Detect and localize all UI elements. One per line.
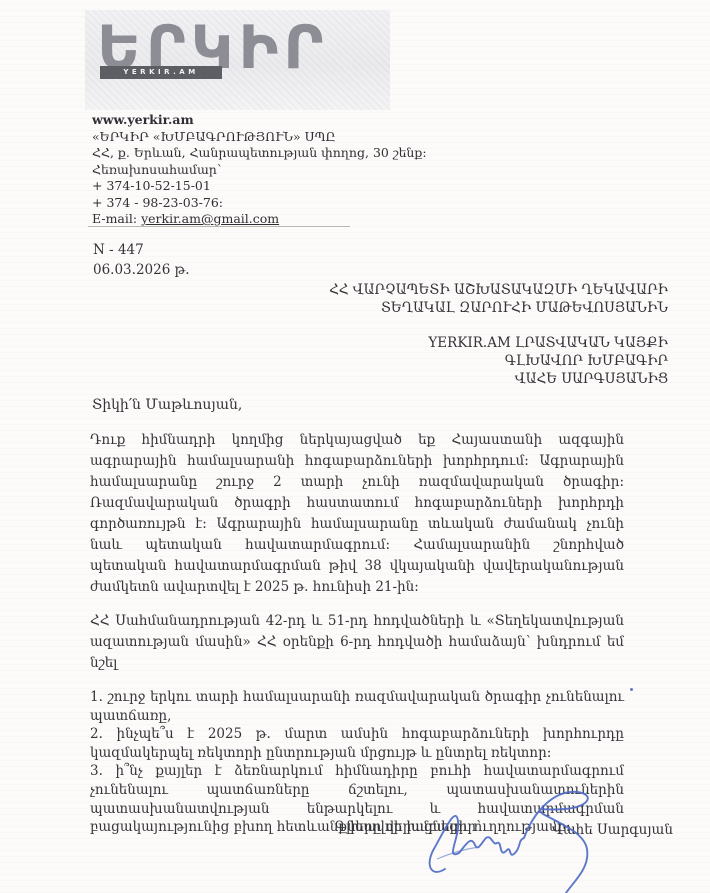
website-url: www.yerkir.am — [92, 112, 427, 129]
ink-speck — [630, 688, 633, 691]
salutation: Տիկի՛ն Մաթևոսյան, — [92, 397, 242, 413]
sender-line: ԳԼԽԱՎՈՐ ԽՄԲԱԳԻՐ — [329, 352, 668, 370]
yerkir-logo: ԵՐԿԻՐ YERKIR.AM — [85, 10, 390, 110]
phone-label: Հեռախոսահամար՝ — [92, 162, 427, 179]
request-item: 2. ինչպե՞ս է 2025 թ. մարտ ամսին հոգաբարձ… — [90, 725, 624, 762]
yerkir-logo-domain-bar: YERKIR.AM — [100, 66, 222, 79]
company-name: «ԵՐԿԻՐ «ԽՄԲԱԳՐՈՒԹՅՈՒՆ» ՍՊԸ — [92, 129, 427, 146]
email-label: E-mail: — [92, 211, 137, 226]
phone-number-2: + 374 - 98-23-03-76: — [92, 195, 427, 212]
sender-line: YERKIR.AM ԼՐԱՏՎԱԿԱՆ ԿԱՅՔԻ — [329, 334, 668, 352]
letterhead-divider-line — [88, 226, 350, 227]
body-paragraph-2: ՀՀ Սահմանադրության 42-րդ և 51-րդ հոդվածն… — [90, 611, 624, 674]
reference-number: N - 447 — [93, 241, 190, 261]
letterhead-contact-block: www.yerkir.am «ԵՐԿԻՐ «ԽՄԲԱԳՐՈՒԹՅՈՒՆ» ՍՊԸ… — [92, 112, 427, 228]
company-address: ՀՀ, ք. Երևան, Հանրապետության փողոց, 30 շ… — [92, 145, 427, 162]
scanned-letter-page: ԵՐԿԻՐ YERKIR.AM www.yerkir.am «ԵՐԿԻՐ «ԽՄ… — [0, 0, 710, 893]
addressee-block: ՀՀ ՎԱՐՉԱՊԵՏԻ ԱՇԽԱՏԱԿԱԶՄԻ ՂԵԿԱՎԱՐԻ ՏԵՂԱԿԱ… — [329, 281, 668, 388]
addressee-sender: YERKIR.AM ԼՐԱՏՎԱԿԱՆ ԿԱՅՔԻ ԳԼԽԱՎՈՐ ԽՄԲԱԳԻ… — [329, 334, 668, 388]
addressee-line: ՀՀ ՎԱՐՉԱՊԵՏԻ ԱՇԽԱՏԱԿԱԶՄԻ ՂԵԿԱՎԱՐԻ — [329, 281, 668, 299]
request-item: 1. շուրջ երկու տարի համալսարանի ռազմավար… — [90, 688, 624, 725]
handwritten-signature — [393, 781, 611, 893]
reference-block: N - 447 06.03.2026 թ. — [93, 241, 190, 280]
addressee-line: ՏԵՂԱԿԱԼ ԶԱՐՈՒՀԻ ՄԱԹԵՎՈՍՅԱՆԻՆ — [329, 299, 668, 317]
addressee-recipient: ՀՀ ՎԱՐՉԱՊԵՏԻ ԱՇԽԱՏԱԿԱԶՄԻ ՂԵԿԱՎԱՐԻ ՏԵՂԱԿԱ… — [329, 281, 668, 317]
email-address: yerkir.am@gmail.com — [141, 211, 279, 226]
sender-line: ՎԱՀԵ ՍԱՐԳՍՅԱՆԻՑ — [329, 370, 668, 388]
letter-body: Դուք հիմնադրի կողմից ներկայացված եք Հայա… — [90, 430, 624, 837]
reference-date: 06.03.2026 թ. — [93, 261, 190, 281]
phone-number-1: + 374-10-52-15-01 — [92, 178, 427, 195]
body-paragraph-1: Դուք հիմնադրի կողմից ներկայացված եք Հայա… — [90, 430, 624, 598]
